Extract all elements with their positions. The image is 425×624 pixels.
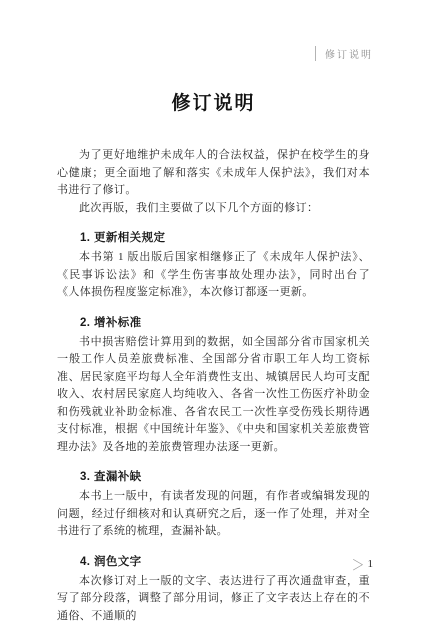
- section-heading-4: 4. 润色文字: [57, 554, 370, 570]
- page-number: 1: [368, 558, 374, 570]
- section-heading-1: 1. 更新相关规定: [57, 230, 370, 246]
- book-page: 修订说明 修订说明 为了更好地维护未成年人的合法权益，保护在校学生的身心健康；更…: [0, 0, 425, 624]
- page-footer: ＞ 1: [351, 554, 373, 573]
- page-title: 修订说明: [57, 88, 370, 115]
- section-heading-3: 3. 查漏补缺: [57, 469, 370, 485]
- intro-paragraph-1: 为了更好地维护未成年人的合法权益，保护在校学生的身心健康；更全面地了解和落实《未…: [57, 147, 370, 200]
- page-content: 修订说明 为了更好地维护未成年人的合法权益，保护在校学生的身心健康；更全面地了解…: [57, 0, 370, 624]
- section-body-2: 书中损害赔偿计算用到的数据，如全国部分省市国家机关一般工作人员差旅费标准、全国部…: [57, 334, 370, 457]
- section-body-3: 本书上一版中，有读者发现的问题，有作者或编辑发现的问题，经过仔细核对和认真研究之…: [57, 488, 370, 541]
- section-fill-gaps: 3. 查漏补缺 本书上一版中，有读者发现的问题，有作者或编辑发现的问题，经过仔细…: [57, 469, 370, 541]
- intro-paragraph-2: 此次再版，我们主要做了以下几个方面的修订：: [57, 200, 370, 218]
- section-polish-text: 4. 润色文字 本次修订对上一版的文字、表达进行了再次通盘审查，重写了部分段落，…: [57, 554, 370, 624]
- section-heading-2: 2. 增补标准: [57, 315, 370, 331]
- page-marker-chevron-icon: ＞: [351, 553, 364, 575]
- section-supplement-standards: 2. 增补标准 书中损害赔偿计算用到的数据，如全国部分省市国家机关一般工作人员差…: [57, 315, 370, 457]
- section-body-4: 本次修订对上一版的文字、表达进行了再次通盘审查，重写了部分段落，调整了部分用词，…: [57, 573, 370, 624]
- section-update-regulations: 1. 更新相关规定 本书第 1 版出版后国家相继修正了《未成年人保护法》、《民事…: [57, 230, 370, 302]
- section-body-1: 本书第 1 版出版后国家相继修正了《未成年人保护法》、《民事诉讼法》和《学生伤害…: [57, 249, 370, 302]
